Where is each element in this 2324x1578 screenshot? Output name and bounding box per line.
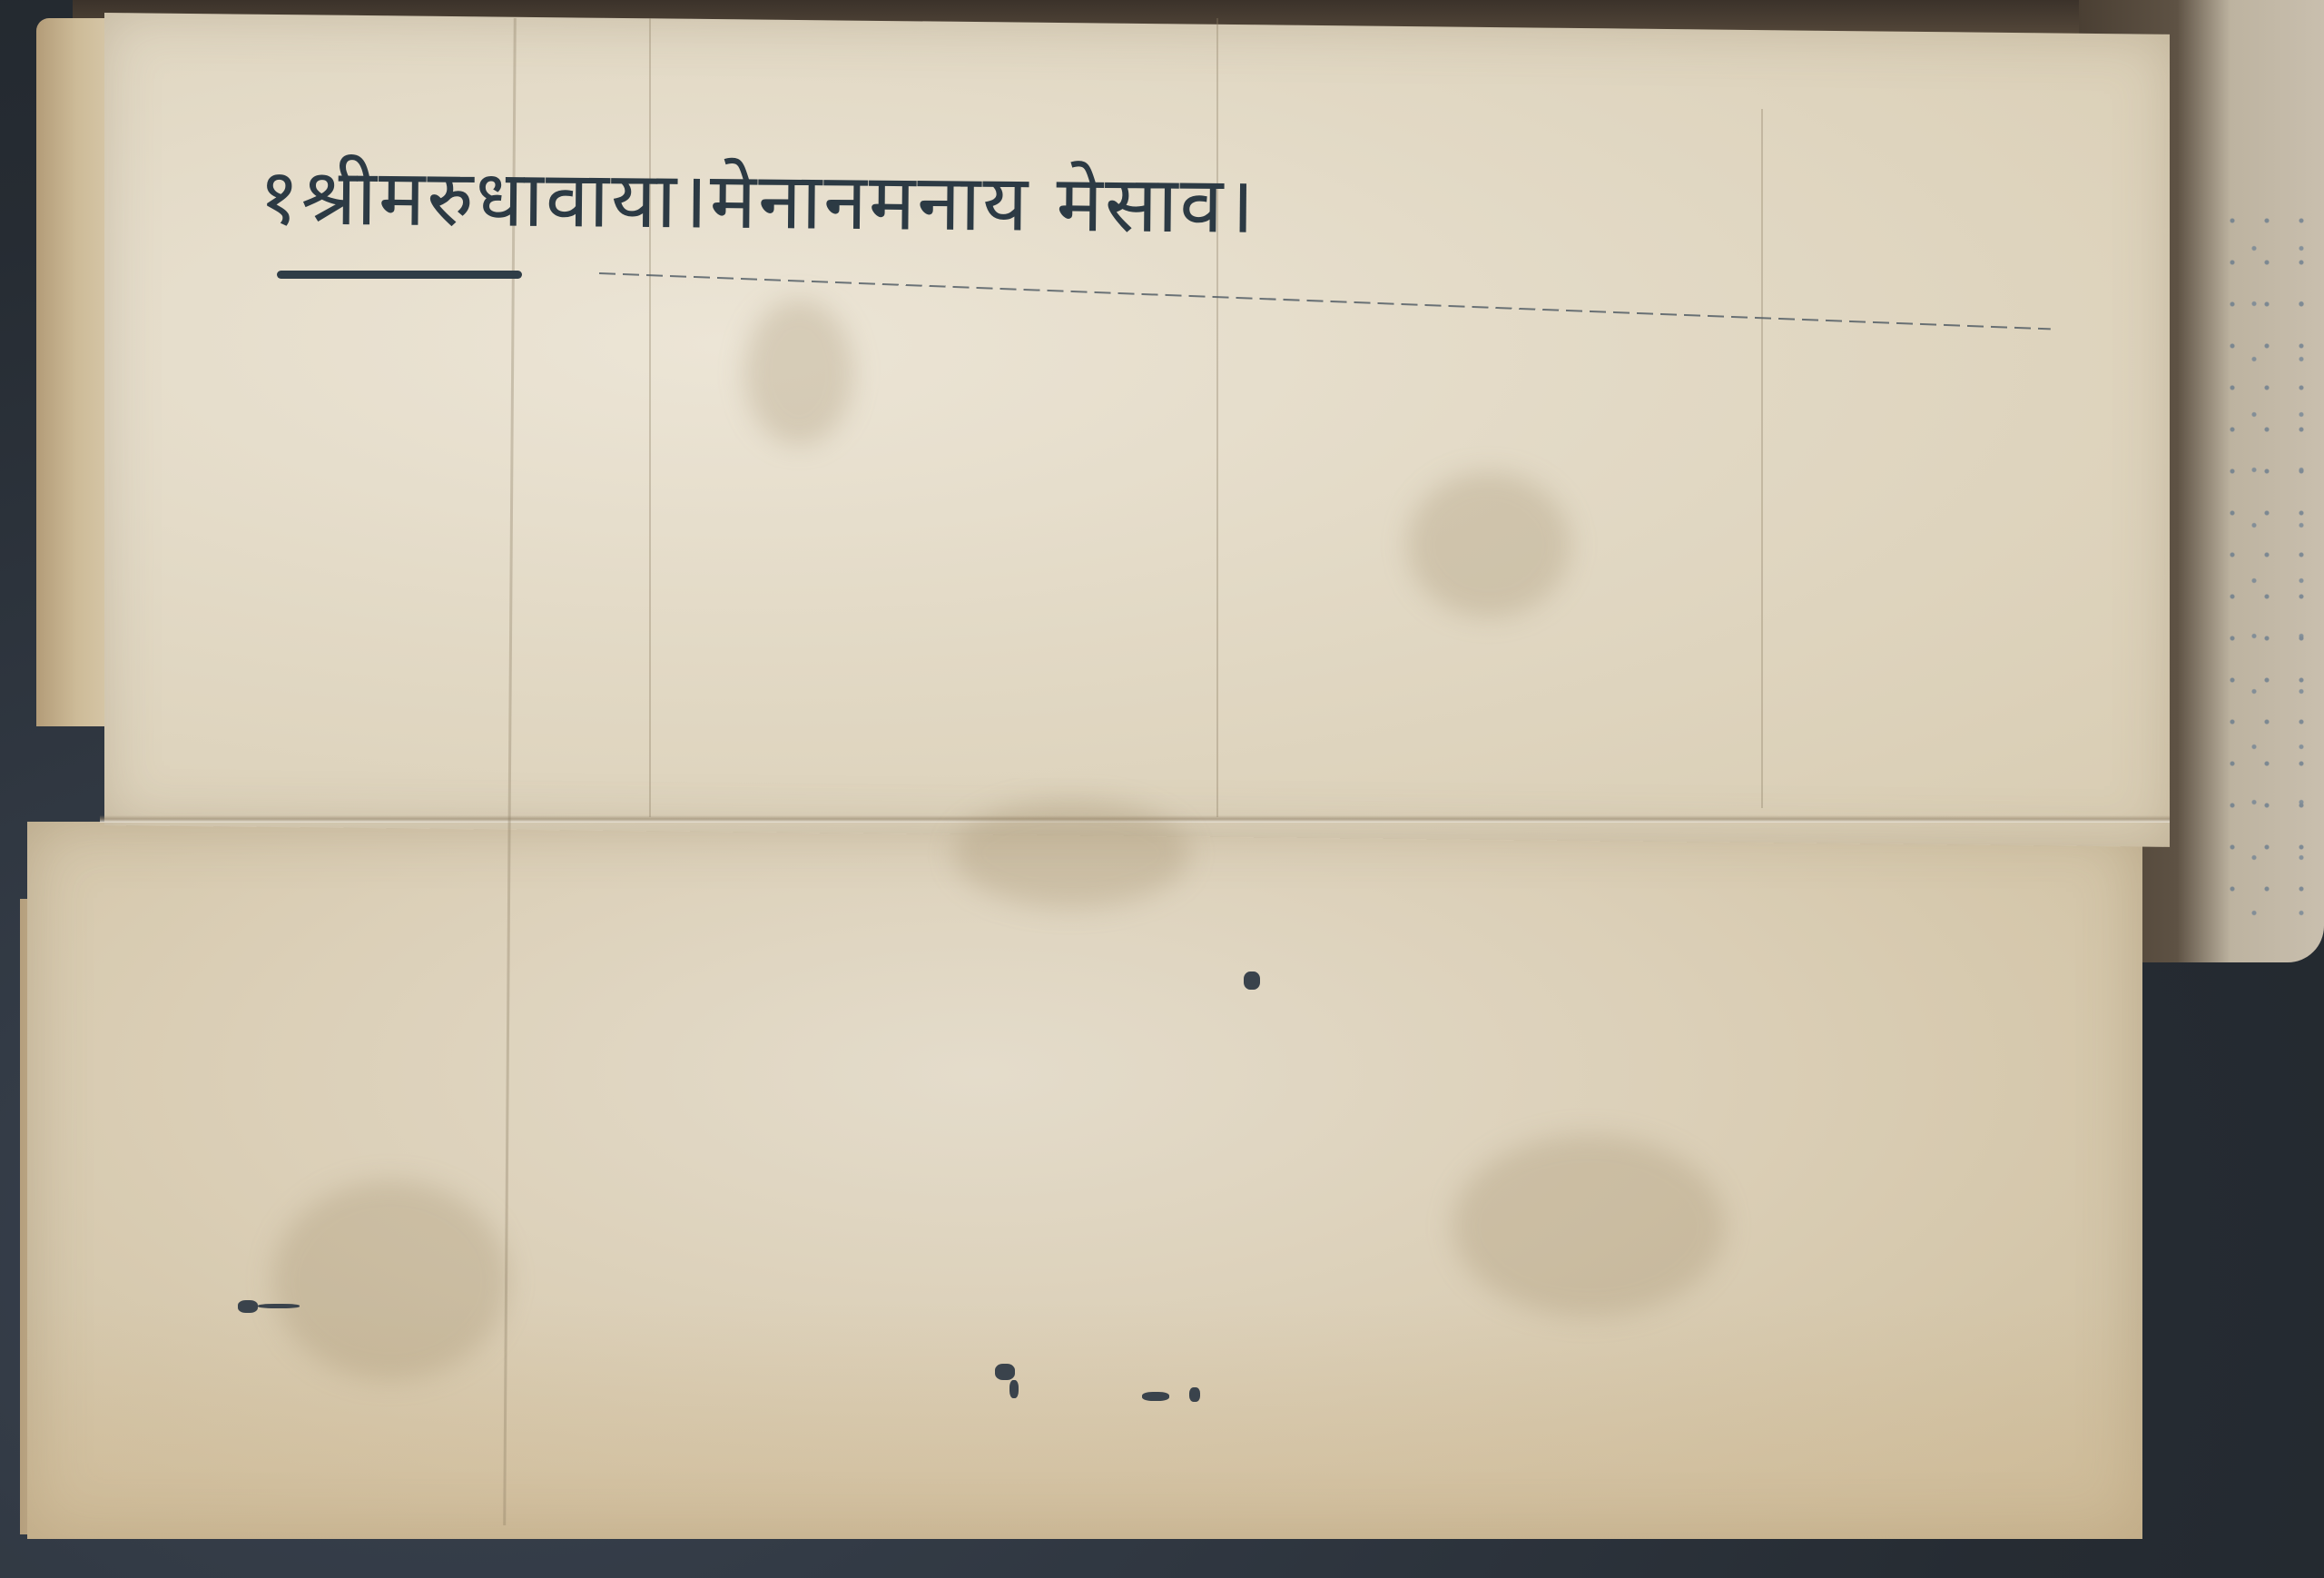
stain <box>1452 1135 1725 1317</box>
ink-mark <box>995 1364 1015 1380</box>
ink-mark <box>238 1300 258 1313</box>
ink-mark <box>1009 1380 1019 1398</box>
stain <box>953 799 1189 908</box>
stain <box>272 1180 508 1380</box>
crease-line <box>649 18 651 817</box>
manuscript-heading: १श्रीमरुधावाया।मेनानमनाय मेसाव। <box>259 141 1257 256</box>
crease-line <box>1761 109 1763 808</box>
crease-line <box>1216 18 1218 817</box>
lower-page <box>27 822 2142 1539</box>
upper-page-folded-leaf <box>104 13 2170 847</box>
ink-mark <box>258 1304 300 1308</box>
stain <box>744 300 853 445</box>
ink-mark <box>1189 1387 1200 1402</box>
ink-mark <box>1142 1392 1169 1401</box>
heading-underline <box>277 271 522 279</box>
ink-mark <box>1244 971 1260 990</box>
stain <box>1407 472 1571 617</box>
manuscript-photo: १श्रीमरुधावाया।मेनानमनाय मेसाव। <box>0 0 2324 1578</box>
background-book-spots <box>2215 200 2315 926</box>
